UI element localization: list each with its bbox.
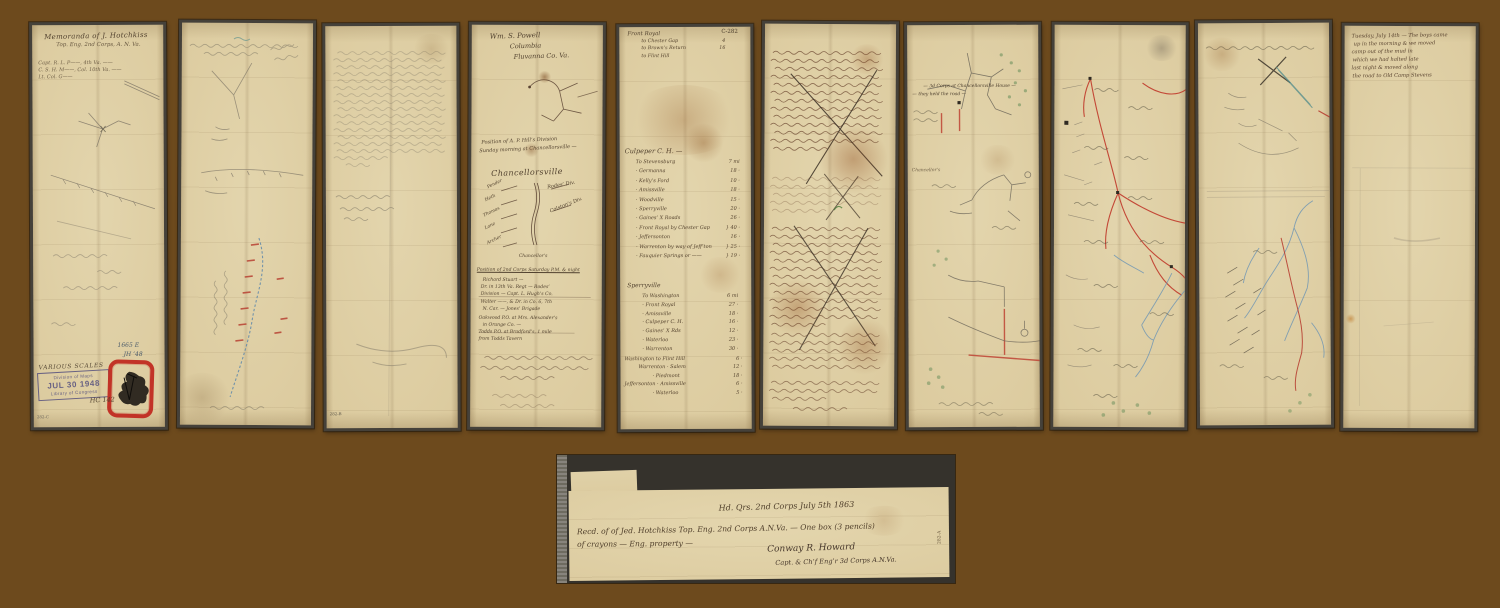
distance-row: · Waterloo5 · xyxy=(625,390,743,395)
memoranda-note-3: Lt. Col. G—— xyxy=(38,75,72,80)
paper-chancellorsville: Wm. S. Powell Columbia Fluvanna Co. Va. … xyxy=(470,25,603,428)
receipt-slip-scan: Hd. Qrs. 2nd Corps July 5th 1863 Recd. o… xyxy=(557,455,955,583)
journal-line: Division — Capt. L. Hugh’s Co. xyxy=(481,293,553,298)
archival-scan-scene: Memoranda of J. Hotchkiss Top. Eng. 2nd … xyxy=(0,0,1500,608)
journal-line: Richard Stuart — xyxy=(483,279,524,284)
hc-number: HC 142 xyxy=(90,396,115,403)
front-royal-list: to Chester Gap4 to Brown’s Return16 to F… xyxy=(641,40,725,60)
culpeper-list: To Stevensburg7 mi · Germanna18 · · Kell… xyxy=(636,160,740,259)
journal-line: Walter ——, & Dr. in Co. 6, 7th xyxy=(481,301,552,306)
sperryville-list: To Washington6 mi · Front Royal27 · · Am… xyxy=(642,294,738,352)
chancellors-map-label: Chancellor’s xyxy=(912,169,941,174)
red-emblem-stamp xyxy=(107,359,155,418)
memoranda-note-2: C. S. H. M——, Col. 10th Va. —— xyxy=(38,68,121,73)
distance-row: · Waterloo23 · xyxy=(642,338,738,343)
diary-blank-svg xyxy=(1343,26,1475,428)
memoranda-note-1: Capt. R. L. P——, 4th Va. —— xyxy=(38,61,113,66)
paper-route-map xyxy=(1053,25,1185,427)
diary-line: last night & moved along xyxy=(1352,65,1418,71)
stain xyxy=(628,85,740,155)
corps-annotation-1: — 3d Corps at Chancellorsville House — xyxy=(923,85,1016,90)
distance-row: · Front Royal by Chester Gap} 40 · xyxy=(636,226,740,231)
distance-row: · Piedmont18 · xyxy=(625,374,743,379)
paper-journal-faint: 282-B xyxy=(325,26,457,428)
manuscript-strip-chancellorsville: Wm. S. Powell Columbia Fluvanna Co. Va. … xyxy=(467,22,606,431)
journal-line: in Orange Co. — xyxy=(483,324,521,329)
paper-stream-map xyxy=(1198,23,1331,426)
distance-row: · Warrenton by way of Jeff’ton} 25 · xyxy=(636,244,740,249)
river-sketch-svg xyxy=(180,23,313,426)
distance-row: · Sperryville20 · xyxy=(636,207,740,212)
distance-row: to Flint Hill xyxy=(641,55,725,60)
manuscript-strip-stream-map xyxy=(1195,20,1334,429)
distance-row: Washington to Flint Hill6 · xyxy=(624,357,742,362)
distance-row: · Front Royal27 · xyxy=(642,303,738,308)
memoranda-subtitle: Top. Eng. 2nd Corps, A. N. Va. xyxy=(56,43,140,49)
diary-line: which we had halted late xyxy=(1353,57,1419,63)
paper-memoranda: Memoranda of J. Hotchkiss Top. Eng. 2nd … xyxy=(32,25,165,428)
accession-number: 1665 E xyxy=(118,343,140,349)
journal-line: Oakwood P.O. at Mrs. Alexander’s xyxy=(479,317,558,322)
powell-county: Fluvanna Co. Va. xyxy=(514,52,570,60)
journal-line: from Todds Tavern xyxy=(478,338,522,343)
diary-line: the road to Old Camp Stevens xyxy=(1352,73,1431,79)
journal-line: N. Car. — Jones’ Brigade xyxy=(483,308,541,313)
distance-row: To Stevensburg7 mi xyxy=(636,160,740,165)
corner-mark: 282-C xyxy=(37,415,49,419)
distance-row: · Warrenton30 · xyxy=(642,347,738,352)
distance-row: · Fauquier Springs or ——} 19 · xyxy=(636,254,740,259)
corps-annotation-2: — they held the road — xyxy=(912,93,966,98)
distance-row: to Brown’s Return16 xyxy=(641,47,725,52)
manuscript-strip-distances: Front Royal to Chester Gap4 to Brown’s R… xyxy=(616,24,754,432)
paper-diary-crossed xyxy=(763,24,896,427)
distance-row: · Jeffersonton16 · xyxy=(636,235,740,240)
culpeper-head: Culpeper C. H. — xyxy=(625,148,683,155)
distance-row: to Chester Gap4 xyxy=(641,40,725,45)
manuscript-strip-sketch-river xyxy=(177,20,316,429)
position-caption-3: Position of 2nd Corps Saturday P.M. & ni… xyxy=(477,269,580,274)
distance-row: · Germanna18 · xyxy=(636,169,740,174)
journal-line: Dr. in 13th Va. Regt — Rodes’ xyxy=(481,286,550,291)
powell-city: Columbia xyxy=(510,42,542,49)
distance-row: · Woodville15 · xyxy=(636,197,740,202)
manuscript-strip-position-maps: — 3d Corps at Chancellorsville House — —… xyxy=(904,22,1043,431)
paper-sketch-river xyxy=(180,23,313,426)
distance-row: · Kelly’s Ford10 · xyxy=(636,179,740,184)
front-royal-head: Front Royal xyxy=(627,32,660,38)
stain xyxy=(684,123,724,163)
corner-mark: 282-B xyxy=(330,412,342,416)
distance-row: · Gaines’ X Rds12 · xyxy=(642,329,738,334)
receipt-body-2: of crayons — Eng. property — xyxy=(577,540,693,549)
journal-line: Todds P.O. at Bradford’s, 1 mile xyxy=(479,331,552,336)
manuscript-strip-memoranda: Memoranda of J. Hotchkiss Top. Eng. 2nd … xyxy=(29,22,168,431)
distance-row: To Washington6 mi xyxy=(642,294,738,299)
paper-position-maps: — 3d Corps at Chancellorsville House — —… xyxy=(907,25,1040,428)
diary-text-svg xyxy=(763,24,896,427)
stream-map-svg xyxy=(1198,23,1331,426)
journal-text-svg xyxy=(325,26,457,428)
route-map-svg xyxy=(1053,25,1185,427)
distance-row: Warrenton · Salem12 · xyxy=(624,365,742,370)
distance-row: Jeffersonton · Amissville6 · xyxy=(625,382,743,387)
distance-row: · Culpeper C. H.16 · xyxy=(642,320,738,325)
catalog-mark: C-282 xyxy=(721,30,738,36)
receipt-body-1: Recd. of of Jed. Hotchkiss Top. Eng. 2nd… xyxy=(577,522,875,535)
manuscript-strip-diary-crossed xyxy=(760,21,899,430)
stain xyxy=(698,257,742,293)
receipt-side-mark: 282-A xyxy=(938,531,943,544)
distance-row: · Amissville18 · xyxy=(642,311,738,316)
paper-diary-blank: Tuesday, July 14th — The boys came up in… xyxy=(1343,26,1475,428)
receipt-signature-title: Capt. & Ch’f Eng’r 3d Corps A.N.Va. xyxy=(775,557,897,567)
distance-row: · Gaines’ X Roads26 · xyxy=(636,216,740,221)
sperryville-head: Sperryville xyxy=(627,283,660,289)
chancellors-label: Chancellor’s xyxy=(519,255,548,260)
receipt-date: Hd. Qrs. 2nd Corps July 5th 1863 xyxy=(719,501,855,513)
paper-distances: Front Royal to Chester Gap4 to Brown’s R… xyxy=(619,27,751,429)
manuscript-strip-route-map xyxy=(1050,22,1188,430)
receipt-signature: Conway R. Howard xyxy=(767,543,855,554)
scan-edge-band xyxy=(557,455,567,583)
manuscript-strip-diary-blank: Tuesday, July 14th — The boys came up in… xyxy=(1340,23,1478,431)
distance-row: · Amissville18 · xyxy=(636,188,740,193)
diary-line: camp out of the mud in xyxy=(1352,49,1413,55)
red-stamp-emblem-icon xyxy=(111,363,151,414)
accession-initials: JH ’48 xyxy=(124,352,143,358)
receipt-paper: Hd. Qrs. 2nd Corps July 5th 1863 Recd. o… xyxy=(569,487,950,581)
manuscript-strip-journal-faint: 282-B xyxy=(322,23,460,431)
other-distances-list: Washington to Flint Hill6 · Warrenton · … xyxy=(624,357,742,396)
